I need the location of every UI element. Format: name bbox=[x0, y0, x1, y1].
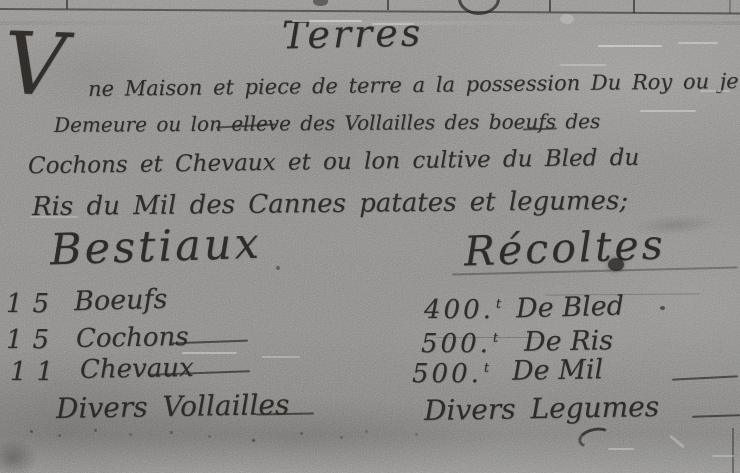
harvest-qty: 500.t bbox=[421, 330, 498, 359]
livestock-qty: 15 bbox=[6, 290, 59, 319]
harvest-qty: 400.t bbox=[424, 296, 501, 325]
livestock-label: Boeufs bbox=[74, 285, 168, 317]
harvest-qty-number: 500. bbox=[421, 329, 491, 359]
scratch-mark bbox=[30, 216, 78, 218]
paragraph-line: ne Maison et piece de terre a la possess… bbox=[88, 70, 739, 101]
ink-smudge bbox=[629, 212, 720, 238]
harvest-label: Divers Legumes bbox=[424, 392, 660, 427]
pen-dash bbox=[692, 414, 740, 418]
dropcap-initial: V bbox=[2, 17, 67, 114]
harvest-qty: 500.t bbox=[412, 360, 489, 389]
scratch-mark bbox=[669, 435, 685, 449]
guide-stroke bbox=[436, 337, 541, 338]
scratch-mark bbox=[182, 352, 237, 354]
column-tick bbox=[66, 0, 68, 9]
livestock-label: Divers Vollailles bbox=[56, 390, 290, 425]
livestock-label: Cochons bbox=[76, 323, 189, 354]
paragraph-line: Demeure ou lon elleve des Vollailles des… bbox=[54, 110, 600, 136]
harvest-label: De Ris bbox=[524, 326, 614, 357]
scratch-mark bbox=[678, 42, 718, 44]
scratch-mark bbox=[700, 90, 730, 92]
harvest-label: De Mil bbox=[512, 355, 604, 386]
harvest-qty-number: 500. bbox=[412, 359, 482, 389]
paragraph-line: Ris du Mil des Cannes patates et legumes… bbox=[32, 187, 628, 222]
scratch-mark bbox=[712, 455, 734, 457]
harvest-qty-unit: t bbox=[484, 361, 489, 376]
scratch-mark bbox=[292, 20, 362, 22]
scratch-mark bbox=[640, 110, 696, 112]
column-tick bbox=[549, 0, 551, 12]
livestock-label: Chevaux bbox=[80, 354, 194, 385]
harvest-qty-number: 400. bbox=[424, 295, 494, 325]
column-tick bbox=[633, 0, 635, 13]
pen-dot bbox=[276, 266, 280, 270]
scratch-mark bbox=[372, 23, 414, 25]
scratch-mark bbox=[560, 14, 574, 24]
scratch-mark bbox=[598, 45, 662, 47]
scratch-mark bbox=[560, 64, 606, 66]
pen-dot bbox=[660, 306, 665, 310]
column-tick bbox=[729, 0, 731, 13]
edge-line bbox=[732, 428, 734, 473]
scratch-mark bbox=[608, 448, 634, 450]
ink-smudge bbox=[0, 438, 38, 473]
paper-speckles-dark bbox=[30, 430, 33, 433]
livestock-heading: Bestiaux bbox=[49, 221, 262, 275]
livestock-qty: 11 bbox=[10, 358, 63, 387]
manuscript-page: Terres V ne Maison et piece de terre a l… bbox=[0, 0, 740, 473]
harvest-label: De Bled bbox=[516, 292, 625, 325]
scratch-mark bbox=[262, 356, 300, 358]
paragraph-line: Cochons et Chevaux et ou lon cultive du … bbox=[28, 146, 640, 180]
ink-smudge bbox=[608, 258, 624, 271]
cropped-ink-glyph bbox=[313, 0, 328, 6]
pen-dash bbox=[672, 375, 738, 380]
harvest-qty-unit: t bbox=[493, 331, 498, 346]
harvest-qty-unit: t bbox=[496, 297, 501, 312]
column-tick bbox=[387, 0, 389, 10]
livestock-qty: 15 bbox=[6, 326, 59, 355]
